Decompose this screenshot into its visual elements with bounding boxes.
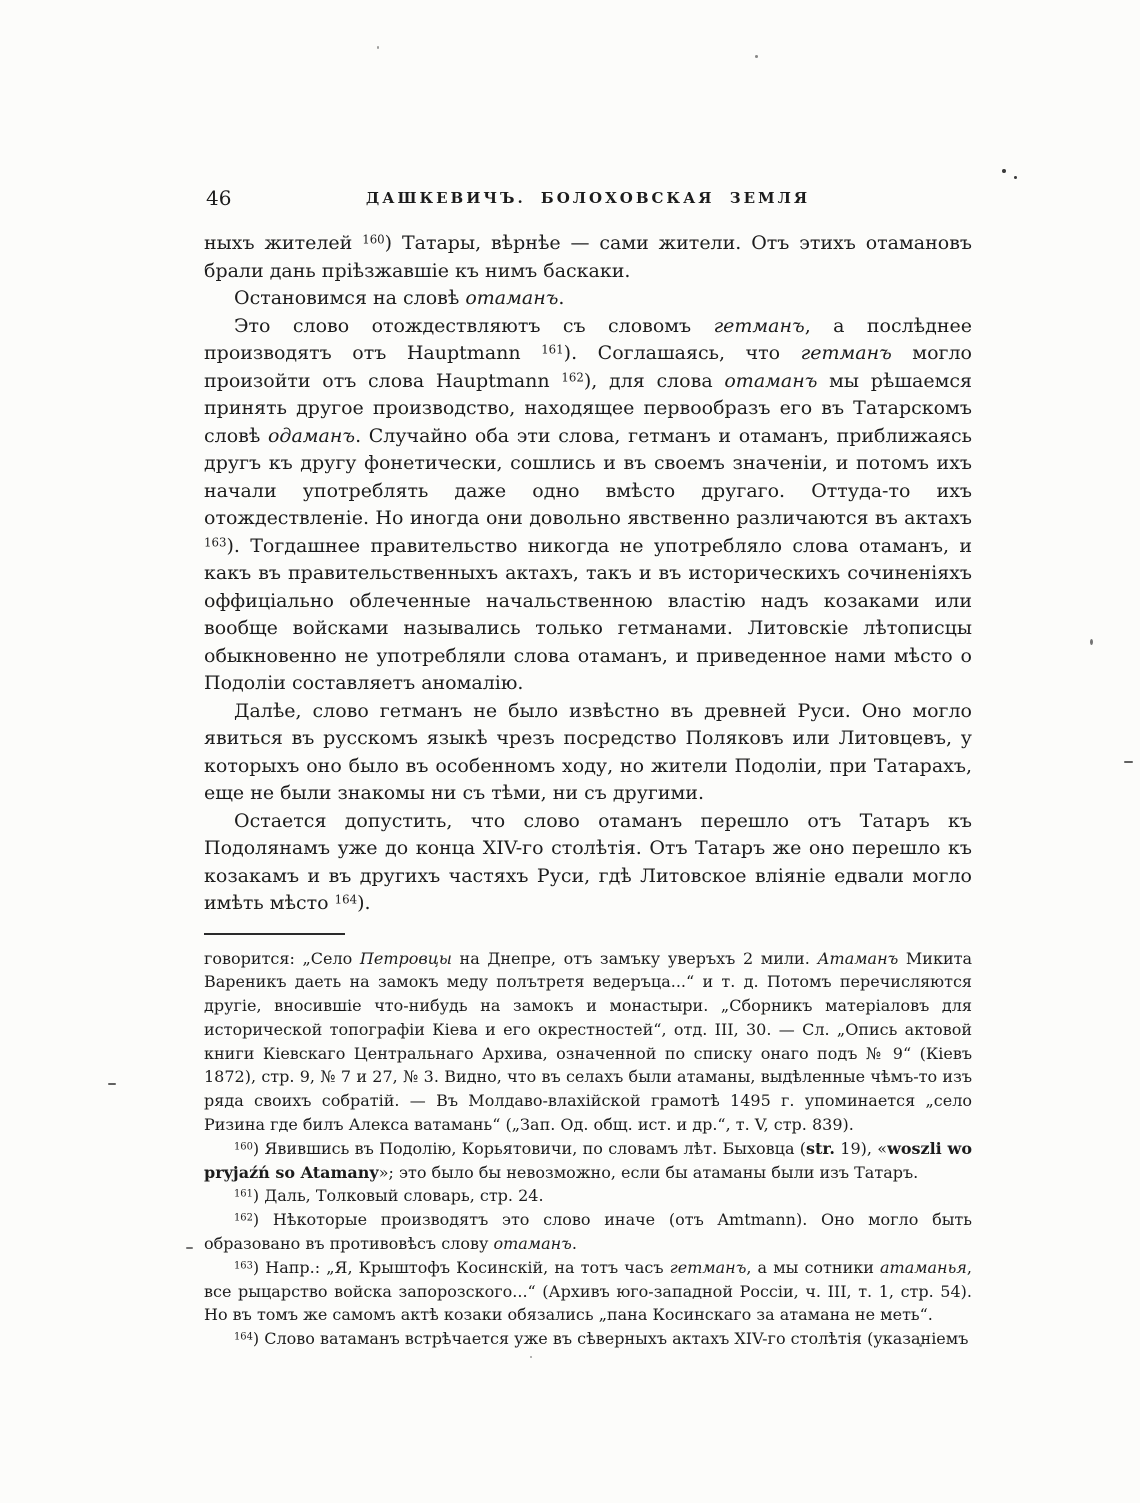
running-title: ДАШКЕВИЧЪ. БОЛОХОВСКАЯ ЗЕМЛЯ xyxy=(204,186,972,207)
footnote-marker: 163 xyxy=(234,1260,253,1271)
paragraph: говорится: „Село Петровцы на Днепре, отъ… xyxy=(204,947,972,1137)
footnote-separator-rule xyxy=(204,933,345,935)
scan-speck xyxy=(186,1247,193,1249)
text-run: ). Тогдашнее правительство никогда не уп… xyxy=(204,535,972,695)
footnote-marker: 161 xyxy=(541,343,563,357)
text-run: ) Явившись въ Подолію, Корьятовичи, по с… xyxy=(253,1139,806,1158)
text-run: . xyxy=(572,1234,577,1253)
text-run: Остается допустить, что слово отаманъ пе… xyxy=(204,810,972,915)
text-run: ) Напр.: „Я, Крыштофъ Косинскій, на тотъ… xyxy=(253,1258,670,1277)
scan-speck xyxy=(530,1356,532,1358)
text-run: Микита Вареникъ даеть на замокъ меду пол… xyxy=(204,949,972,1135)
text-run: одаманъ xyxy=(268,425,355,447)
text-run: отаманъ xyxy=(493,1234,571,1253)
text-run: Остановимся на словѣ xyxy=(234,287,465,309)
paragraph: ныхъ жителей 160) Татары, вѣрнѣе — сами … xyxy=(204,230,972,285)
scan-speck xyxy=(1090,639,1093,645)
text-run: , а мы сотники xyxy=(746,1258,880,1277)
scan-speck xyxy=(1002,169,1006,173)
text-run: ). Соглашаясь, что xyxy=(564,342,801,364)
footnote-marker: 160 xyxy=(362,233,384,247)
text-run: Петровцы xyxy=(360,949,452,968)
scan-speck xyxy=(1014,176,1017,179)
footnote-marker: 164 xyxy=(335,893,357,907)
text-run: на Днепре, отъ замъку уверъхъ 2 мили. xyxy=(452,949,818,968)
text-run: str. xyxy=(806,1139,835,1158)
text-run: ) Слово ватаманъ встрѣчается уже въ сѣве… xyxy=(253,1329,968,1348)
footnote-marker: 163 xyxy=(204,535,226,549)
text-run: Далѣе, слово гетманъ не было извѣстно въ… xyxy=(204,700,972,805)
text-run: гетманъ xyxy=(714,315,805,337)
text-run: . xyxy=(558,287,564,309)
footnote-marker: 162 xyxy=(234,1213,253,1224)
text-run: ), для слова xyxy=(584,370,725,392)
paragraph: Далѣе, слово гетманъ не было извѣстно въ… xyxy=(204,698,972,808)
text-run: 19), « xyxy=(835,1139,887,1158)
footnote-marker: 160 xyxy=(234,1141,253,1152)
paragraph: 163) Напр.: „Я, Крыштофъ Косинскій, на т… xyxy=(204,1256,972,1327)
scan-speck xyxy=(755,55,758,58)
scan-speck xyxy=(1124,761,1133,763)
page-content: 46 ДАШКЕВИЧЪ. БОЛОХОВСКАЯ ЗЕМЛЯ ныхъ жит… xyxy=(204,186,972,1351)
footnotes: говорится: „Село Петровцы на Днепре, отъ… xyxy=(204,947,972,1352)
scan-speck xyxy=(377,46,379,49)
page-number: 46 xyxy=(206,186,231,210)
scan-speck xyxy=(919,1344,922,1347)
text-run: гетманъ xyxy=(670,1258,747,1277)
text-run: отаманъ xyxy=(724,370,817,392)
paragraph: Остановимся на словѣ отаманъ. xyxy=(204,285,972,313)
text-run: Это слово отождествляютъ съ словомъ xyxy=(234,315,714,337)
paragraph: 160) Явившись въ Подолію, Корьятовичи, п… xyxy=(204,1137,972,1185)
paragraph: Это слово отождествляютъ съ словомъ гетм… xyxy=(204,313,972,698)
paragraph: 164) Слово ватаманъ встрѣчается уже въ с… xyxy=(204,1327,972,1351)
footnote-marker: 161 xyxy=(234,1189,253,1200)
text-run: »; это было бы невозможно, если бы атама… xyxy=(379,1163,919,1182)
paragraph: 162) Нѣкоторые производятъ это слово ина… xyxy=(204,1208,972,1256)
text-run: отаманъ xyxy=(465,287,558,309)
book-page: 46 ДАШКЕВИЧЪ. БОЛОХОВСКАЯ ЗЕМЛЯ ныхъ жит… xyxy=(0,0,1140,1503)
text-run: Атаманъ xyxy=(817,949,898,968)
footnote-marker: 164 xyxy=(234,1332,253,1343)
text-run: ) Нѣкоторые производятъ это слово иначе … xyxy=(204,1210,972,1253)
paragraph: 161) Даль, Толковый словарь, стр. 24. xyxy=(204,1184,972,1208)
text-run: ). xyxy=(357,892,370,914)
footnote-marker: 162 xyxy=(561,370,583,384)
text-run: гетманъ xyxy=(801,342,892,364)
page-header: 46 ДАШКЕВИЧЪ. БОЛОХОВСКАЯ ЗЕМЛЯ xyxy=(204,186,972,216)
text-run: ныхъ жителей xyxy=(204,232,362,254)
text-run: атаманья xyxy=(880,1258,967,1277)
paragraph: Остается допустить, что слово отаманъ пе… xyxy=(204,808,972,918)
body-text: ныхъ жителей 160) Татары, вѣрнѣе — сами … xyxy=(204,230,972,918)
text-run: ) Даль, Толковый словарь, стр. 24. xyxy=(253,1186,544,1205)
text-run: говорится: „Село xyxy=(204,949,360,968)
scan-speck xyxy=(108,1083,116,1085)
